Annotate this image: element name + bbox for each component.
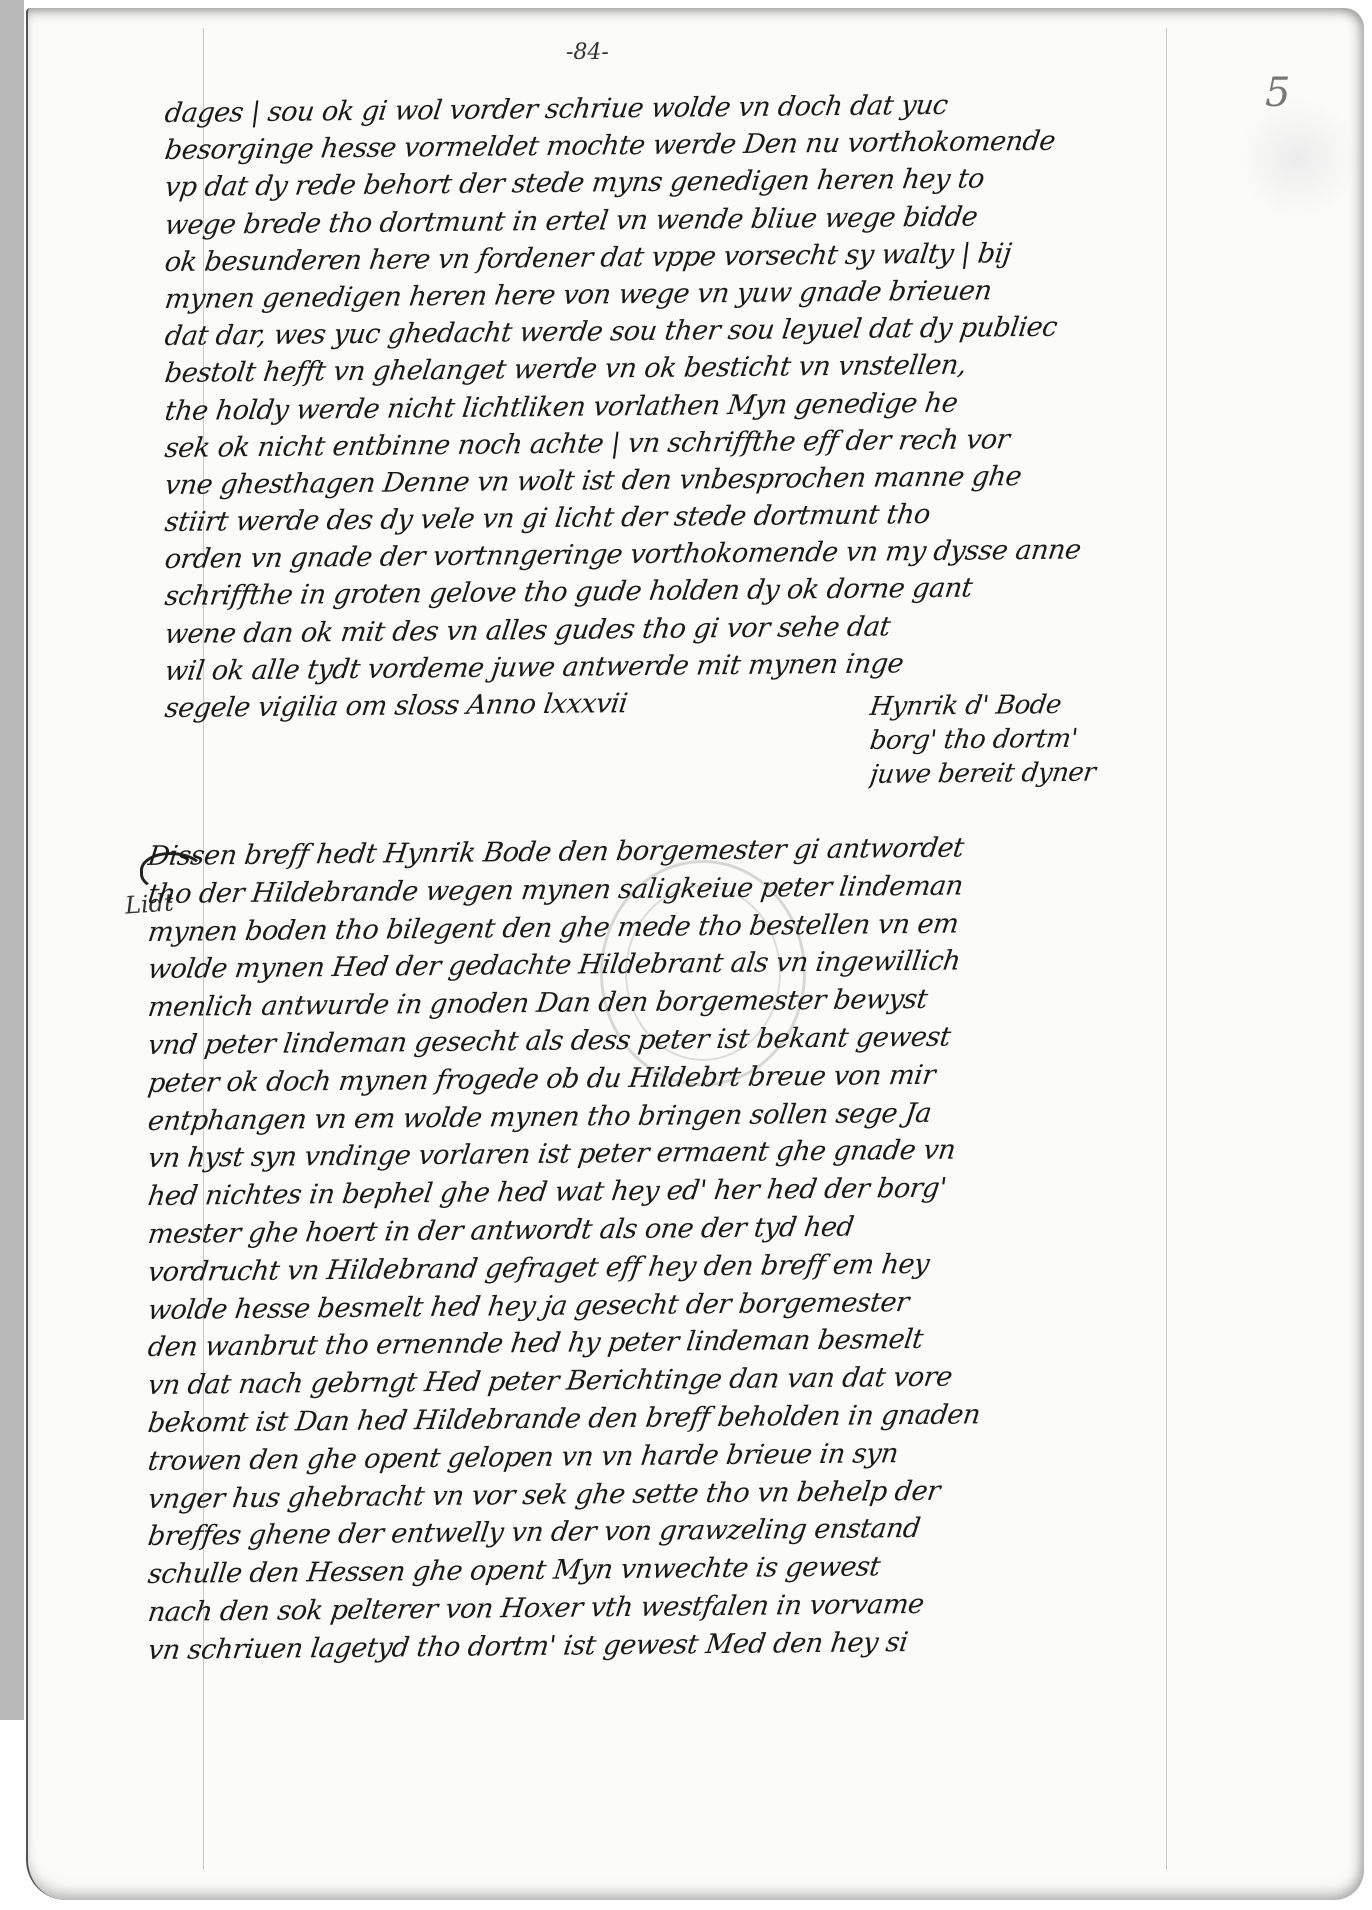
scan-margin-strip (0, 0, 24, 1720)
signature-line: borg' tho dortm' (868, 721, 1173, 758)
folio-number: -84- (566, 40, 609, 65)
signature-line: Hynrik d' Bode (868, 687, 1173, 724)
letter-1-body: dages | sou ok gi wol vorder schriue wol… (165, 95, 1245, 727)
signature-line: juwe bereit dyner (868, 755, 1173, 792)
corner-page-number: 5 (1265, 70, 1290, 116)
signature-block: Hynrik d' Bode borg' tho dortm' juwe ber… (870, 690, 1170, 792)
letter-2-body: Dissen breff hedt Hynrik Bode den borgem… (148, 838, 1228, 1670)
paper-stain (1238, 98, 1358, 218)
